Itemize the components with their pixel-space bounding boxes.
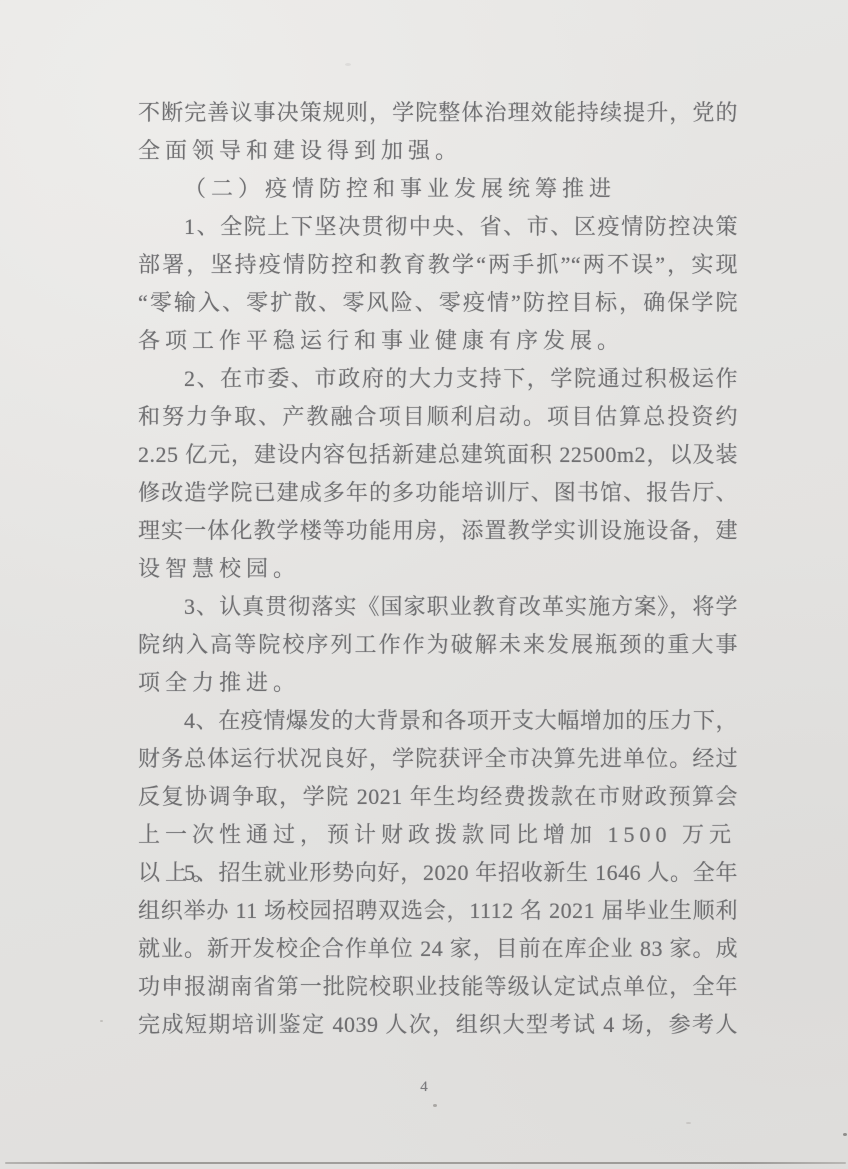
doc-line: 部署，坚持疫情防控和教育教学“两手抓”“两不误”，实现: [138, 246, 738, 284]
doc-line: 反复协调争取，学院 2021 年生均经费拨款在市财政预算会: [138, 778, 738, 816]
section-heading: （二）疫情防控和事业发展统筹推进: [138, 170, 738, 208]
doc-line: 功申报湖南省第一批院校职业技能等级认定试点单位，全年: [138, 968, 738, 1006]
doc-line: 修改造学院已建成多年的多功能培训厅、图书馆、报告厅、: [138, 474, 738, 512]
doc-line: 和努力争取、产教融合项目顺利启动。项目估算总投资约: [138, 398, 738, 436]
doc-line: 院纳入高等院校序列工作作为破解未来发展瓶颈的重大事: [138, 626, 738, 664]
doc-line: 设智慧校园。: [138, 550, 738, 588]
scan-edge-line: [5, 1162, 846, 1164]
scan-speck: [345, 63, 351, 66]
page-number: 4: [0, 1079, 848, 1096]
doc-line: 5、招生就业形势向好，2020 年招收新生 1646 人。全年: [138, 854, 738, 892]
scan-speck: [686, 1122, 691, 1124]
doc-line: 各项工作平稳运行和事业健康有序发展。: [138, 322, 738, 360]
doc-line: 3、认真贯彻落实《国家职业教育改革实施方案》，将学: [138, 588, 738, 626]
scan-speck: [433, 1104, 437, 1107]
doc-line: 理实一体化教学楼等功能用房，添置教学实训设施设备，建: [138, 512, 738, 550]
doc-line: 组织举办 11 场校园招聘双选会，1112 名 2021 届毕业生顺利: [138, 892, 738, 930]
document-body: 不断完善议事决策规则，学院整体治理效能持续提升，党的 全面领导和建设得到加强。 …: [138, 94, 738, 1044]
doc-line: “零输入、零扩散、零风险、零疫情”防控目标，确保学院: [138, 284, 738, 322]
scan-speck: [843, 1133, 847, 1136]
doc-line: 4、在疫情爆发的大背景和各项开支大幅增加的压力下，: [138, 702, 738, 740]
doc-line: 上一次性通过，预计财政拨款同比增加 1500 万元以上。: [138, 816, 738, 854]
doc-line: 财务总体运行状况良好，学院获评全市决算先进单位。经过: [138, 740, 738, 778]
doc-line: 2.25 亿元，建设内容包括新建总建筑面积 22500m2，以及装: [138, 436, 738, 474]
doc-line: 完成短期培训鉴定 4039 人次，组织大型考试 4 场，参考人: [138, 1006, 738, 1044]
scan-speck: [100, 1020, 103, 1022]
doc-line: 1、全院上下坚决贯彻中央、省、市、区疫情防控决策: [138, 208, 738, 246]
doc-line: 全面领导和建设得到加强。: [138, 132, 738, 170]
scanned-document-page: 不断完善议事决策规则，学院整体治理效能持续提升，党的 全面领导和建设得到加强。 …: [0, 0, 848, 1169]
doc-line: 不断完善议事决策规则，学院整体治理效能持续提升，党的: [138, 94, 738, 132]
doc-line: 2、在市委、市政府的大力支持下，学院通过积极运作: [138, 360, 738, 398]
doc-line: 项全力推进。: [138, 664, 738, 702]
doc-line: 就业。新开发校企合作单位 24 家，目前在库企业 83 家。成: [138, 930, 738, 968]
